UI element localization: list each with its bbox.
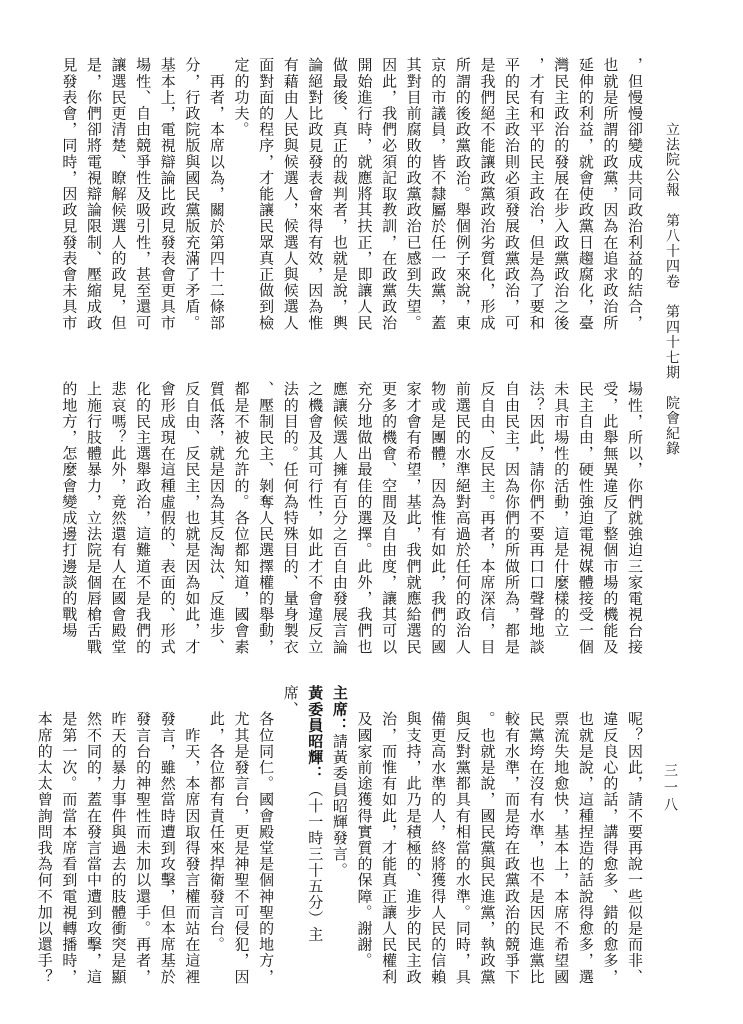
text-column: 更多的機會、空間及自由度，讓其可以	[376, 381, 401, 659]
text-column: 應讓候選人擁有百分之百自由發展言論	[327, 381, 352, 659]
text-column: 再者，本席以為，關於第四十二條部	[204, 57, 229, 335]
text-column: 是我們絕不能讓政黨政治劣質化，形成	[475, 57, 500, 335]
text-column: 尤其是發言台，更是神聖不可侵犯，因	[229, 711, 254, 989]
text-column: 本席的太太曾詢問我為何不加以還手？	[32, 711, 57, 989]
text-column: 較有水準，而是垮在政黨政治的競爭下	[499, 711, 524, 989]
text-column: 之機會及其可行性，如此才不會違反立	[303, 381, 328, 659]
text-column: 會形成現在這種虛假的、表面的、形式	[155, 381, 180, 659]
gazette-masthead: 立法院公報 第八十四卷 第四十七期 院會紀錄	[661, 122, 683, 456]
text-column: 反自由、反民主，也就是因為如此，才	[180, 381, 205, 659]
text-column: 延伸的利益，就會使政黨日趨腐化，臺	[573, 57, 598, 335]
text-column: 是第一次。而當本席看到電視轉播時，	[57, 711, 82, 989]
text-column: 民主自由，硬性強迫電視媒體接受一個	[573, 381, 598, 659]
text-column: 基本上，電視辯論比政見發表會更具市	[155, 57, 180, 335]
text-column: 法的目的。任何為特殊目的、量身製衣	[278, 381, 303, 659]
speaker-column: 主席：請黃委員昭輝發言。	[327, 685, 352, 963]
text-column: 充分地做出最佳的選擇。此外，我們也	[352, 381, 377, 659]
speaker-name: 主席：	[331, 685, 349, 733]
text-column: 其對目前腐敗的政黨政治已感到失望。	[401, 57, 426, 335]
text-column: 定的功夫。	[229, 57, 254, 335]
text-column: 場性，所以，你們就強迫三家電視台接	[622, 381, 647, 659]
page-number-folio: 三一八	[659, 763, 681, 814]
text-column: 質低落，就是因為其反淘汰、反進步、	[204, 381, 229, 659]
text-column: 面對面的程序，才能讓民眾真正做到檢	[254, 57, 279, 335]
text-column: 此，各位都有責任來捍衛發言台。	[204, 711, 229, 989]
text-column: 違反良心的話，講得愈多、錯的愈多，	[598, 711, 623, 989]
text-column: 發言台的神聖性而未加以還手。再者，	[131, 711, 156, 989]
text-column: 各位同仁。國會殿堂是個神聖的地方，	[254, 711, 279, 989]
text-column: 民黨垮在沒有水準，也不是因民進黨比	[524, 711, 549, 989]
text-register-middle: 場性，所以，你們就強迫三家電視台接受，此舉無異違反了整個市場的機能及民主自由，硬…	[57, 381, 647, 659]
text-column: 分，行政院版與國民黨版充滿了矛盾。	[180, 57, 205, 335]
text-column: 也就是說，這種捏造的話說得愈多，選	[573, 711, 598, 989]
text-column: 發言，雖然當時遭到攻擊，但本席基於	[155, 711, 180, 989]
text-column: 反自由、反民主。再者，本席深信，目	[475, 381, 500, 659]
text-column: 呢？因此，請不要再說一些似是而非、	[622, 711, 647, 989]
text-column: ，但慢慢卻變成共同政治利益的結合，	[622, 57, 647, 335]
text-column: 及國家前途獲得實質的保障。謝謝。	[352, 711, 377, 989]
text-column: 家才會有希望，基此，我們就應給選民	[401, 381, 426, 659]
text-column: 法？因此，請你們不要再口口聲聲地談	[524, 381, 549, 659]
text-column: 昨天，本席因取得發言權而站在這裡	[180, 711, 205, 989]
text-column: 上施行肢體暴力，立法院是個唇槍舌戰	[81, 381, 106, 659]
text-column: ，才有和平的民主政治，但是為了要和	[524, 57, 549, 335]
speaker-name: 黃委員昭輝：	[306, 685, 324, 782]
text-column: 悲哀嗎？此外，竟然還有人在國會殿堂	[106, 381, 131, 659]
text-column: 與支持，此乃是積極的、進步的民主政	[401, 711, 426, 989]
text-column: 的地方，怎麼會變成邊打邊談的戰場	[57, 381, 82, 659]
text-column: 、壓制民主、剝奪人民選擇權的舉動，	[254, 381, 279, 659]
text-column: 場性、自由競爭性及吸引性，甚至還可	[131, 57, 156, 335]
text-column: 見發表會，同時，因政見發表會未具市	[57, 57, 82, 335]
text-column: 受，此舉無異違反了整個市場的機能及	[598, 381, 623, 659]
text-column: 因此，我們必須記取教訓，在政黨政治	[376, 57, 401, 335]
gazette-scan-page: 立法院公報 第八十四卷 第四十七期 院會紀錄 三一八 ，但慢慢卻變成共同政治利益…	[0, 0, 743, 1024]
text-column: 讓選民更清楚、瞭解候選人的政見，但	[106, 57, 131, 335]
text-column: 也就是所謂的政黨，因為在追求政治所	[598, 57, 623, 335]
text-column: 化的民主選舉政治，這難道不是我們的	[131, 381, 156, 659]
text-column: 昨天的暴力事件與過去的肢體衝突是顯	[106, 711, 131, 989]
text-column: 開始進行時，就應將其扶正，即讓人民	[352, 57, 377, 335]
text-register-bottom: 呢？因此，請不要再說一些似是而非、違反良心的話，講得愈多、錯的愈多，也就是說，這…	[32, 711, 647, 989]
text-column: 物或是團體，因為惟有如此，我們的國	[426, 381, 451, 659]
text-column: 票流失地愈快，基本上，本席不希望國	[549, 711, 574, 989]
text-column: 論絕對比政見發表會來得有效，因為惟	[303, 57, 328, 335]
text-register-top: ，但慢慢卻變成共同政治利益的結合，也就是所謂的政黨，因為在追求政治所延伸的利益，…	[57, 57, 647, 335]
text-column: 備更高水準的人，終將獲得人民的信賴	[426, 711, 451, 989]
text-column: 未具市場性的活動，這是什麼樣的立	[549, 381, 574, 659]
text-column: 自由民主，因為你們的所做所為，都是	[499, 381, 524, 659]
text-column: 然不同的，蓋在發言當中遭到攻擊，這	[81, 711, 106, 989]
text-column: 。也就是說，國民黨與民進黨，執政黨	[475, 711, 500, 989]
text-column: 前選民的水準絕對高過於任何的政治人	[450, 381, 475, 659]
text-column: 京的市議員，皆不隸屬於任一政黨，蓋	[426, 57, 451, 335]
text-column: 平的民主政治則必須發展政黨政治，可	[499, 57, 524, 335]
text-column: 有藉由人民與候選人，候選人與候選人	[278, 57, 303, 335]
speaker-column: 黃委員昭輝：（十一時三十五分）主席、	[278, 685, 327, 963]
text-column: 治，而惟有如此，才能真正讓人民權利	[376, 711, 401, 989]
text-column: 與反對黨都具有相當的水準。同時，具	[450, 711, 475, 989]
text-column: 做最後、真正的裁判者，也就是說，輿	[327, 57, 352, 335]
text-column: 所謂的後政黨政治。舉個例子來說，東	[450, 57, 475, 335]
text-column: 灣民主政治的發展在步入政黨政治之後	[549, 57, 574, 335]
text-column: 都是不被允許的。各位都知道，國會素	[229, 381, 254, 659]
text-column: 是，你們卻將電視辯論限制、壓縮成政	[81, 57, 106, 335]
